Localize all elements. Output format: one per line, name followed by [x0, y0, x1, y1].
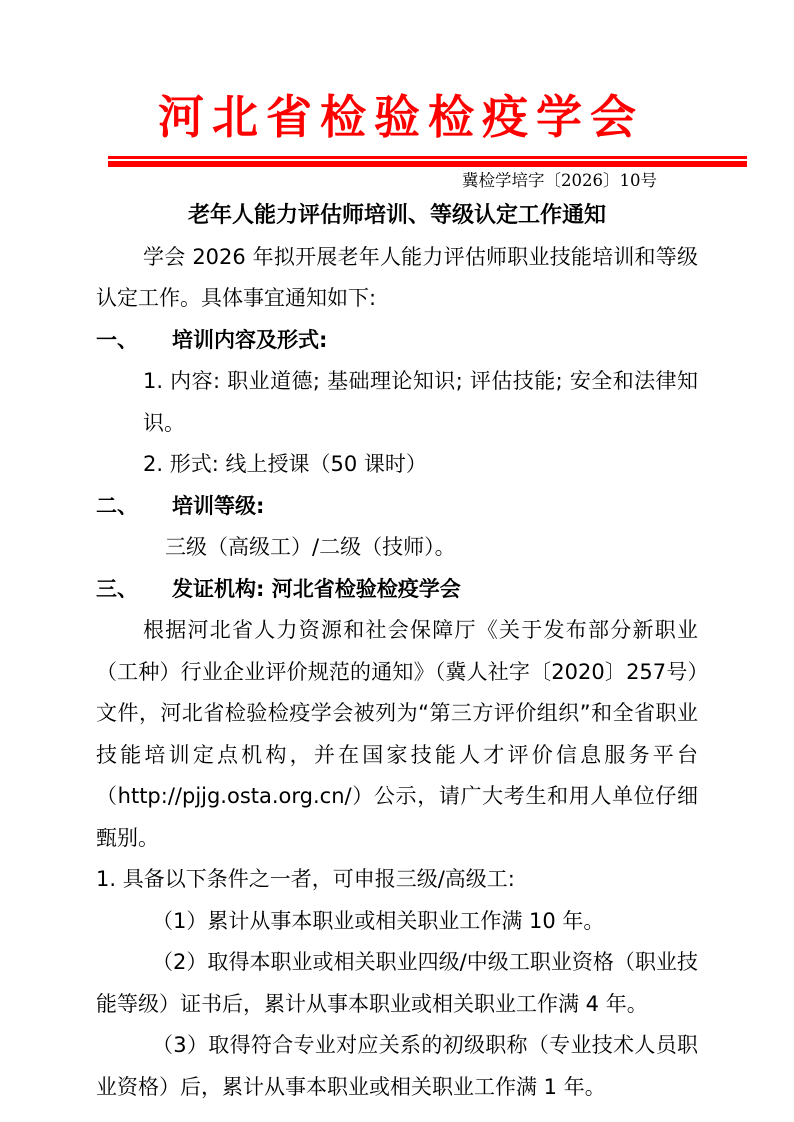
document-page: 河北省检验检疫学会 冀检学培字〔2026〕10号 老年人能力评估师培训、等级认定…: [0, 0, 794, 1122]
intro-paragraph: 学会 2026 年拟开展老年人能力评估师职业技能培训和等级认定工作。具体事宜通知…: [96, 237, 698, 320]
section-2-title: 培训等级:: [172, 486, 264, 528]
section-1-heading: 一、 培训内容及形式:: [96, 320, 698, 362]
section-2-number: 二、: [96, 486, 172, 528]
apply-conditions-intro: 1. 具备以下条件之一者，可申报三级/高级工:: [96, 859, 698, 901]
section-1-item-1: 1. 内容: 职业道德; 基础理论知识; 评估技能; 安全和法律知识。: [96, 361, 698, 444]
section-3-number: 三、: [96, 569, 172, 611]
section-3-title: 发证机构: 河北省检验检疫学会: [172, 569, 461, 611]
notice-title: 老年人能力评估师培训、等级认定工作通知: [96, 195, 698, 237]
rule-thick-line: [108, 161, 747, 167]
notice-body: 老年人能力评估师培训、等级认定工作通知 学会 2026 年拟开展老年人能力评估师…: [96, 195, 698, 1108]
condition-2: （2）取得本职业或相关职业四级/中级工职业资格（职业技能等级）证书后，累计从事本…: [96, 942, 698, 1025]
condition-3: （3）取得符合专业对应关系的初级职称（专业技术人员职业资格）后，累计从事本职业或…: [96, 1025, 698, 1108]
section-1-number: 一、: [96, 320, 172, 362]
letterhead-org-name: 河北省检验检疫学会: [0, 0, 794, 141]
section-1-title: 培训内容及形式:: [172, 320, 327, 362]
condition-1: （1）累计从事本职业或相关职业工作满 10 年。: [96, 901, 698, 943]
letterhead-rule: [108, 156, 747, 167]
section-3-heading: 三、 发证机构: 河北省检验检疫学会: [96, 569, 698, 611]
doc-number: 冀检学培字〔2026〕10号: [0, 171, 794, 191]
basis-paragraph: 根据河北省人力资源和社会保障厅《关于发布部分新职业（工种）行业企业评价规范的通知…: [96, 610, 698, 859]
rule-thin-line: [108, 156, 747, 159]
grade-line: 三级（高级工）/二级（技师）。: [96, 527, 698, 569]
section-1-item-2: 2. 形式: 线上授课（50 课时）: [96, 444, 698, 486]
section-2-heading: 二、 培训等级:: [96, 486, 698, 528]
